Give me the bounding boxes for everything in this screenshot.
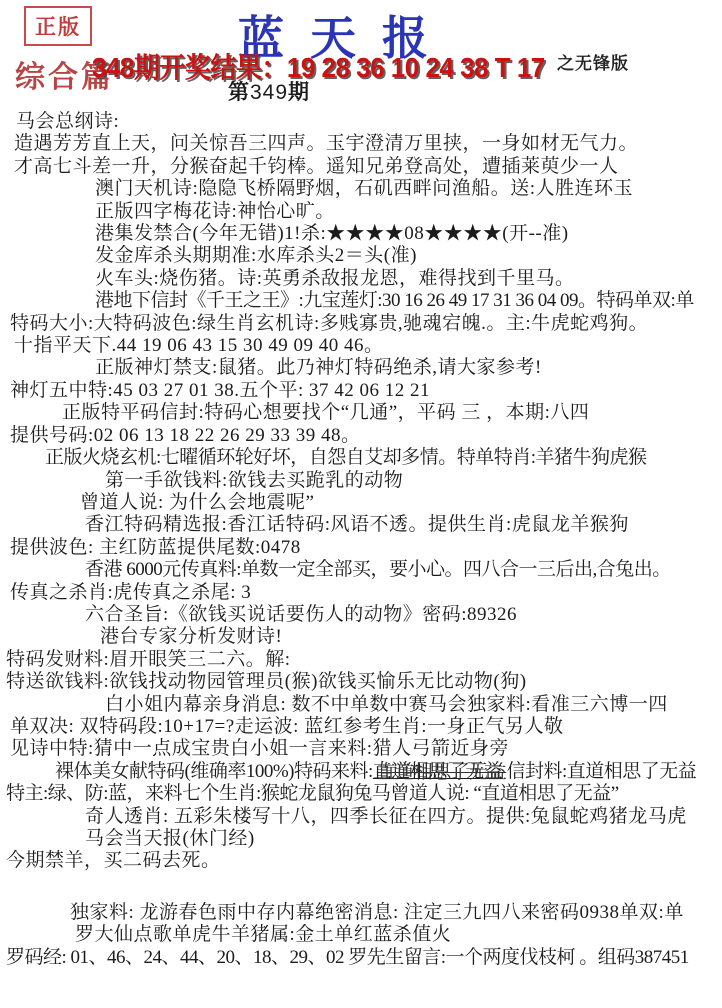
- text-line: 单双决: 双特码段:10+17=?走运波: 蓝红参考生肖:一身正气另人敬: [10, 716, 722, 738]
- text-line: 造遇芳芳直上天，问关惊吾三四声。玉宇澄清万里挟，一身如材无气力。: [14, 133, 722, 155]
- draw-result-overlay: 348期开奖结果：19 28 36 10 24 38 T 17: [92, 46, 552, 86]
- text-line: 神灯五中特:45 03 27 01 38.五个平: 37 42 06 12 21: [10, 380, 722, 402]
- garbled-overprint: 直道相思了无益直道相思了无益: [373, 761, 503, 783]
- authenticity-stamp: 正版: [24, 6, 92, 46]
- text-line: 正版特平码信封:特码心想要找个“几通”，平码 三 ，本期:八四: [62, 402, 722, 424]
- text-line: 澳门天机诗:隐隐飞桥隔野烟，石矶西畔问渔船。送:人胜连环玉: [95, 178, 722, 200]
- text-line-overlapped: 裸体美女献特码(维确率100%)特码来料:直道相思了无益直道相思了无益 信封料:…: [55, 761, 722, 783]
- text-line: 六合圣旨:《欲钱买说话要伤人的动物》密码:89326: [85, 604, 722, 626]
- text-line: 第一手欲钱料:欲钱去买跪乳的动物: [105, 470, 722, 492]
- issue-suffix: 期: [288, 80, 310, 104]
- text-line: 今期禁羊，买二码去死。: [6, 850, 722, 872]
- issue-prefix: 第: [228, 80, 250, 104]
- text-line: 马会总纲诗:: [16, 111, 722, 133]
- text-line: 火车头:烧伤猪。诗:英勇杀敌报龙恩，难得找到千里马。: [95, 268, 722, 290]
- text-line: 香江特码精选报:香江话特码:风语不透。提供生肖:虎鼠龙羊猴狗: [85, 514, 722, 536]
- text-line: 马会当天报(休门经): [85, 828, 722, 850]
- text-line: 奇人透肖: 五彩朱楼写十八，四季长征在四方。提供:兔鼠蛇鸡猪龙马虎: [85, 806, 722, 828]
- text-line: 正版火烧玄机:七曜循环轮好坏，自怨自艾却多情。特单特肖:羊猪牛狗虎猴: [45, 447, 722, 469]
- text-line: 正版四字梅花诗:神怡心旷。: [95, 201, 722, 223]
- overlap-suffix: 信封料:直道相思了无益: [502, 761, 696, 782]
- text-line: 才高七斗差一升，分猴奋起千钧棒。遥知兄弟登高处，遭插莱萸少一人: [14, 156, 722, 178]
- text-line: 发金库杀头期期准:水库杀头2＝头(准): [95, 245, 722, 267]
- text-line: 十指平天下.44 19 06 43 15 30 49 09 40 46。: [14, 335, 722, 357]
- issue-number: 第349期: [228, 76, 310, 106]
- lottery-newspaper-page: 正版 蓝天报 之无锋版 综合篇 348期开奖结果：19 28 36 10 24 …: [0, 0, 722, 1008]
- text-line: 特主:绿、防:蓝，来料七个生肖:猴蛇龙鼠狗兔马曾道人说: “直道相思了无益”: [6, 783, 722, 805]
- body-text: 马会总纲诗: 造遇芳芳直上天，问关惊吾三四声。玉宇澄清万里挟，一身如材无气力。 …: [0, 111, 722, 969]
- text-line: 特码发财料:眉开眼笑三二六。解:: [6, 649, 722, 671]
- text-line: 港地下信封《千王之王》:九宝莲灯:30 16 26 49 17 31 36 04…: [95, 290, 722, 312]
- text-line: 见诗中特:猜中一点成宝贵白小姐一言来料:猎人弓箭近身旁: [10, 738, 722, 760]
- overprint-top: 直道相思了无益: [377, 762, 507, 784]
- text-line: 独家料: 龙游春色雨中存内幕绝密消息: 注定三九四八来密码0938单双:单: [70, 902, 722, 924]
- overlap-prefix: 裸体美女献特码(维确率100%)特码来料:: [55, 761, 373, 782]
- text-line: 传真之杀肖:虎传真之杀尾: 3: [10, 582, 722, 604]
- text-line: 曾道人说: 为什么会地震呢”: [80, 492, 722, 514]
- text-line: 港台专家分析发财诗!: [100, 626, 722, 648]
- text-line: 特码大小:大特码波色:绿生肖玄机诗:多贱寡贵,驰魂宕魄.。主:牛虎蛇鸡狗。: [10, 313, 722, 335]
- text-line: 提供波色: 主红防蓝提供尾数:0478: [10, 537, 722, 559]
- header: 正版 蓝天报 之无锋版 综合篇 348期开奖结果：19 28 36 10 24 …: [0, 0, 722, 110]
- text-line: 白小姐内幕亲身消息: 数不中单数中赛马会独家料:看准三六博一四: [105, 694, 722, 716]
- text-line: 香港 6000元传真料:单数一定全部买，要小心。四八合一三后出,合兔出。: [85, 559, 722, 581]
- issue-value: 349: [250, 81, 288, 104]
- text-line: 正版神灯禁支:鼠猪。此乃神灯特码绝杀,请大家参考!: [95, 357, 722, 379]
- text-line: 特送欲钱料:欲钱找动物园管理员(猴)欲钱买愉乐无比动物(狗): [6, 671, 722, 693]
- text-line: 港集发禁合(今年无错)1!杀:★★★★08★★★★(开--准): [95, 223, 722, 245]
- text-line: 提供号码:02 06 13 18 22 26 29 33 39 48。: [10, 425, 722, 447]
- text-line: 罗大仙点歌单虎牛羊猪属:金土单红蓝杀值火: [75, 924, 722, 946]
- edition-label: 之无锋版: [557, 49, 629, 74]
- text-line: 罗码经: 01、46、24、44、20、18、29、02 罗先生留言:一个两度伐…: [6, 947, 722, 969]
